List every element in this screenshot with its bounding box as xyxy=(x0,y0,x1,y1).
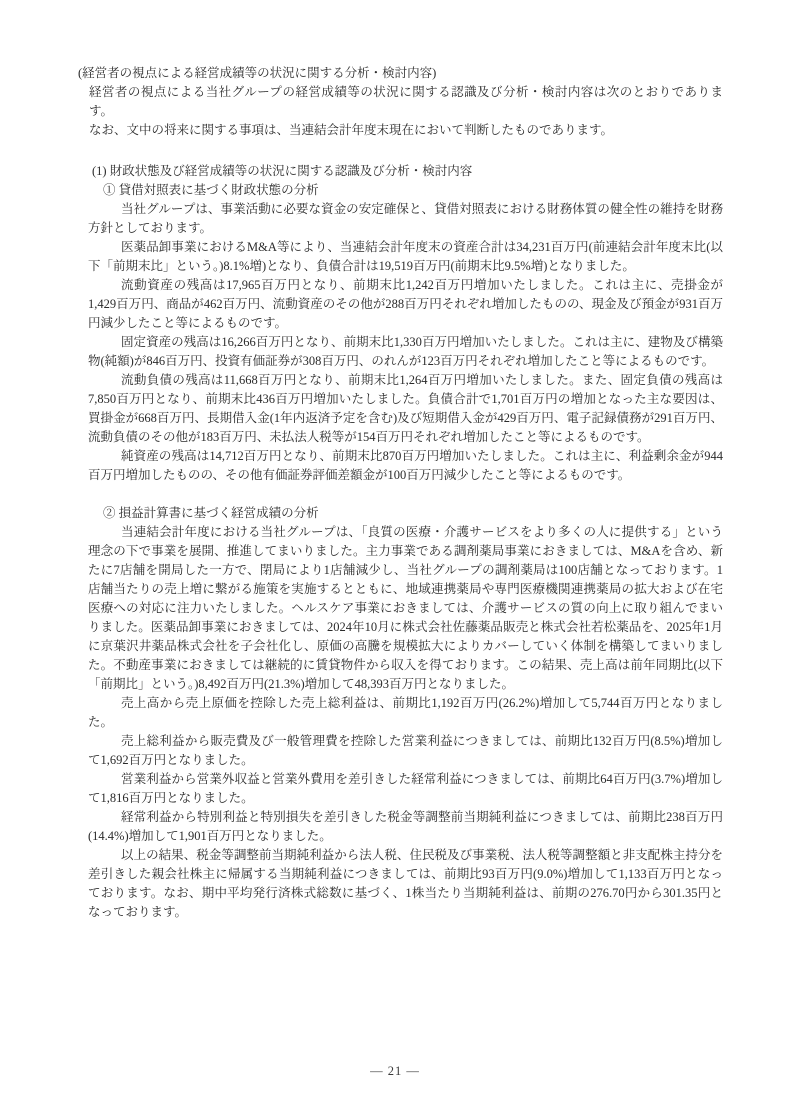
subsection-2-heading: ② 損益計算書に基づく経営成績の分析 xyxy=(103,504,723,523)
paragraph-balance-policy: 当社グループは、事業活動に必要な資金の安定確保と、貸借対照表における財務体質の健… xyxy=(88,200,723,238)
paragraph-net-income-eps: 以上の結果、税金等調整前当期純利益から法人税、住民税及び事業税、法人税等調整額と… xyxy=(88,846,723,922)
page-title: (経営者の視点による経営成績等の状況に関する分析・検討内容) xyxy=(78,64,723,83)
section-1-heading: (1) 財政状態及び経営成績等の状況に関する認識及び分析・検討内容 xyxy=(92,162,723,181)
paragraph-fixed-assets: 固定資産の残高は16,266百万円となり、前期末比1,330百万円増加いたしまし… xyxy=(88,333,723,371)
paragraph-gross-profit: 売上高から売上原価を控除した売上総利益は、前期比1,192百万円(26.2%)増… xyxy=(88,694,723,732)
paragraph-liabilities: 流動負債の残高は11,668百万円となり、前期末比1,264百万円増加いたしまし… xyxy=(88,371,723,447)
paragraph-current-assets: 流動資産の残高は17,965百万円となり、前期末比1,242百万円増加いたしまし… xyxy=(88,276,723,333)
page-number: ― 21 ― xyxy=(0,1064,790,1079)
document-page: (経営者の視点による経営成績等の状況に関する分析・検討内容) 経営者の視点による… xyxy=(0,0,790,1118)
subsection-1-heading: ① 貸借対照表に基づく財政状態の分析 xyxy=(103,181,723,200)
document-body: (経営者の視点による経営成績等の状況に関する分析・検討内容) 経営者の視点による… xyxy=(78,64,723,922)
paragraph-operating-profit: 売上総利益から販売費及び一般管理費を控除した営業利益につきましては、前期比132… xyxy=(88,732,723,770)
intro-line-2: なお、文中の将来に関する事項は、当連結会計年度末現在において判断したものでありま… xyxy=(89,121,723,140)
paragraph-pretax-profit: 経常利益から特別利益と特別損失を差引きした税金等調整前当期純利益につきましては、… xyxy=(88,808,723,846)
paragraph-assets-liabilities-total: 医薬品卸事業におけるM&A等により、当連結会計年度末の資産合計は34,231百万… xyxy=(88,238,723,276)
intro-line-1: 経営者の視点による当社グループの経営成績等の状況に関する認識及び分析・検討内容は… xyxy=(89,83,723,121)
paragraph-business-overview-sales: 当連結会計年度における当社グループは、「良質の医療・介護サービスをより多くの人に… xyxy=(88,523,723,694)
paragraph-ordinary-profit: 営業利益から営業外収益と営業外費用を差引きした経常利益につきましては、前期比64… xyxy=(88,770,723,808)
paragraph-net-assets: 純資産の残高は14,712百万円となり、前期末比870百万円増加いたしました。こ… xyxy=(88,447,723,485)
